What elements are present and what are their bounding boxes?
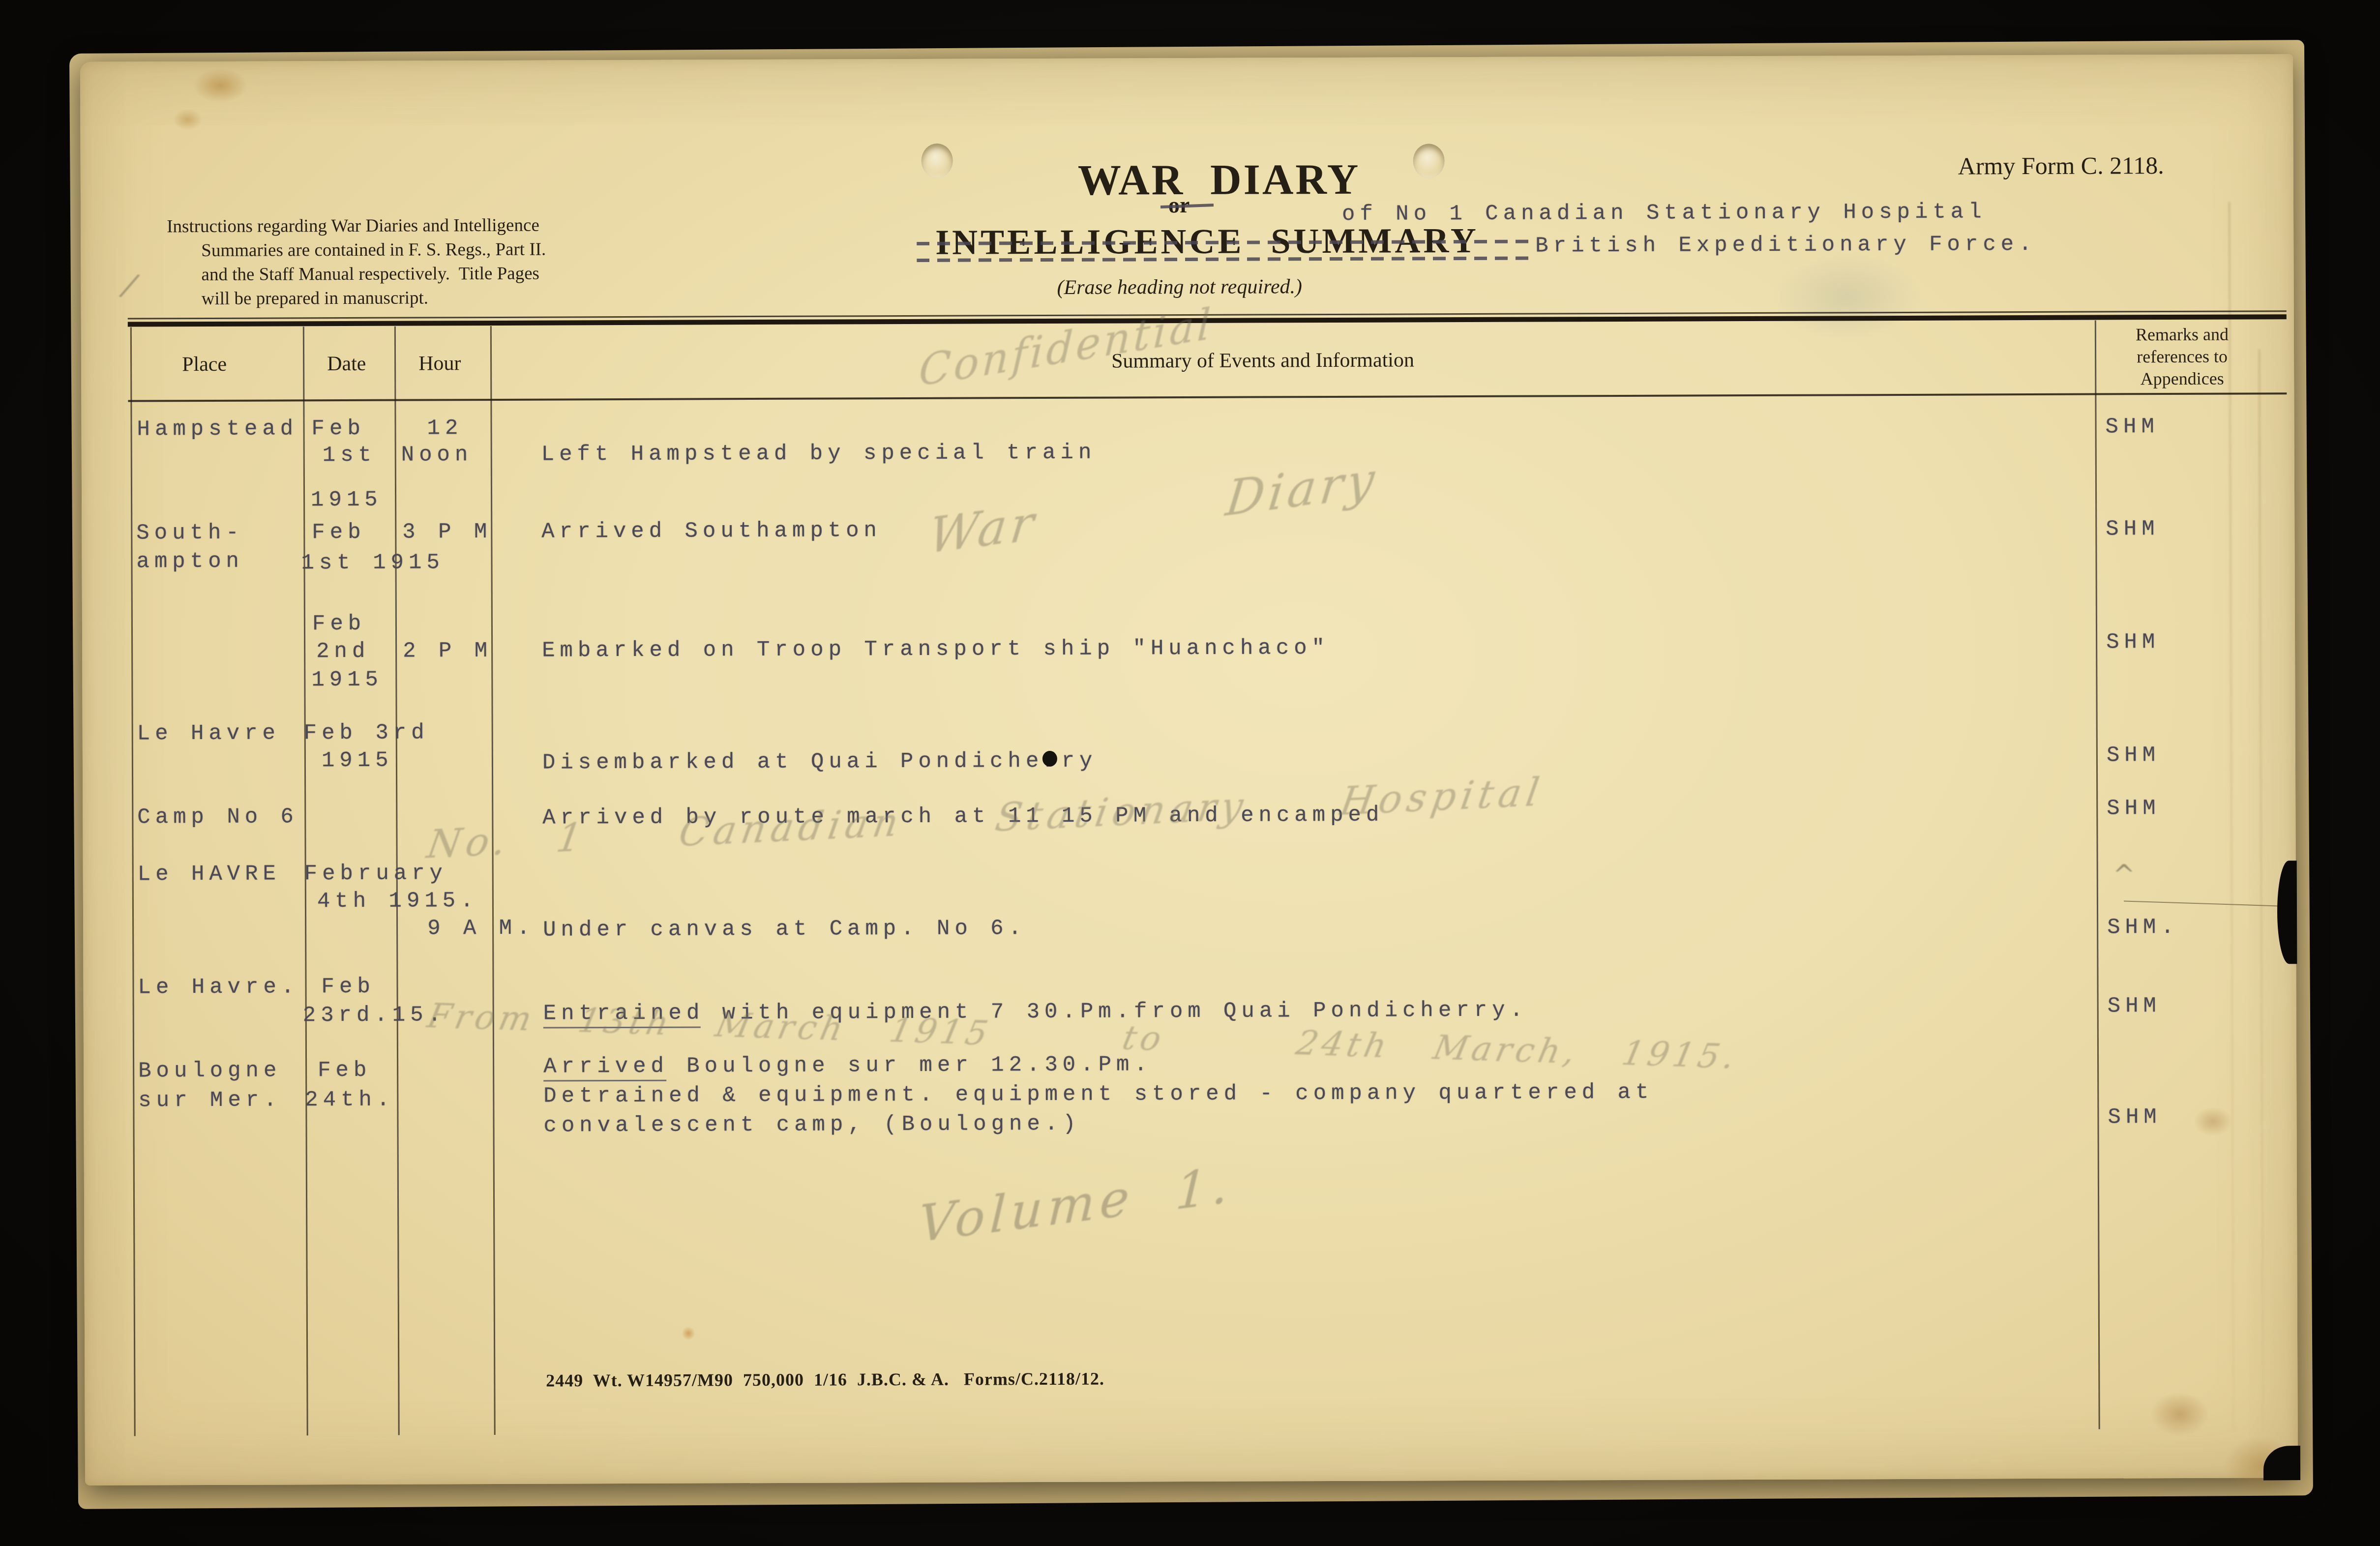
hour-text: 3 P M xyxy=(402,520,492,545)
date-text: 1915 xyxy=(322,748,393,773)
table-left-border xyxy=(130,327,136,1436)
instructions-line: Summaries are contained in F. S. Regs., … xyxy=(201,239,546,261)
column-line-summary-remarks xyxy=(2095,321,2100,1429)
column-header-remarks: references to xyxy=(2097,346,2267,367)
column-header-date: Date xyxy=(327,352,366,376)
torn-edge-notch xyxy=(2277,861,2297,964)
hour-text: 12 xyxy=(427,416,463,441)
unit-name-line2: British Expeditionary Force. xyxy=(1535,232,2036,259)
instructions-line: and the Staff Manual respectively. Title… xyxy=(201,263,539,285)
printer-imprint: 2449 Wt. W14957/M90 750,000 1/16 J.B.C. … xyxy=(546,1368,1104,1391)
hour-text: 9 A M. xyxy=(427,916,535,941)
instructions-line: will be prepared in manuscript. xyxy=(202,287,428,309)
erase-note: (Erase heading not required.) xyxy=(1057,275,1302,299)
date-text: 23rd.15. xyxy=(303,1003,446,1028)
punch-hole-left xyxy=(922,144,953,178)
pencil-note-war-diary: War Diary xyxy=(926,451,1381,565)
remarks-text: SHM xyxy=(2107,743,2160,768)
instructions-line: Instructions regarding War Diaries and I… xyxy=(167,215,539,238)
place-text: Boulogne xyxy=(138,1058,281,1083)
place-text: Le Havre xyxy=(137,721,280,746)
date-text: 2nd xyxy=(316,639,370,664)
date-text: Feb xyxy=(311,416,365,441)
pencil-tick: ^ xyxy=(2113,859,2135,890)
summary-text: convalescent camp, (Boulogne.) xyxy=(543,1112,1080,1138)
date-text: 24th. xyxy=(305,1088,394,1113)
pencil-note-unit: No. 1 Canadian Stationary Hospital xyxy=(424,770,1547,867)
date-text: Feb xyxy=(318,1058,371,1083)
column-header-hour: Hour xyxy=(418,352,461,375)
remarks-text: SHM. xyxy=(2107,915,2179,940)
paper-stain xyxy=(2193,1107,2232,1136)
place-text: Hampstead xyxy=(137,416,298,442)
scanned-document: Army Form C. 2118. WAR DIARY or INTELLIG… xyxy=(0,0,2380,1546)
column-header-place: Place xyxy=(182,353,227,376)
table-header-rule xyxy=(128,392,2287,402)
column-header-remarks: Remarks and xyxy=(2097,324,2267,345)
place-text: ampton xyxy=(136,549,244,574)
punch-hole-right xyxy=(1413,144,1445,178)
date-text: 1915 xyxy=(311,488,383,513)
paper-stain xyxy=(2150,1392,2209,1436)
summary-text: Detrained & equipment. equipment stored … xyxy=(543,1080,1653,1109)
summary-text: Arrived Boulogne sur mer 12.30.Pm. xyxy=(543,1052,1152,1079)
remarks-text: SHM xyxy=(2106,517,2159,541)
date-text: 4th 1915. xyxy=(317,889,478,914)
date-text: Feb xyxy=(312,612,366,636)
ink-blot xyxy=(1042,751,1057,767)
paper-stain xyxy=(173,109,202,130)
date-text: 1915 xyxy=(311,668,383,693)
date-text: Feb xyxy=(321,975,375,999)
column-line-hour-summary xyxy=(490,326,496,1435)
remarks-text: SHM xyxy=(2108,994,2161,1018)
war-diary-page: Army Form C. 2118. WAR DIARY or INTELLIG… xyxy=(80,54,2298,1486)
summary-text: Embarked on Troop Transport ship "Huanch… xyxy=(542,636,1330,663)
date-text: Feb xyxy=(312,520,365,545)
date-text: Feb 3rd xyxy=(304,720,429,745)
remarks-text: SHM xyxy=(2106,630,2160,654)
summary-text: Arrived Southampton xyxy=(541,518,882,544)
summary-text: Under canvas at Camp. No 6. xyxy=(543,916,1026,942)
unit-name-line1: of No 1 Canadian Stationary Hospital xyxy=(1342,200,1987,227)
army-form-number: Army Form C. 2118. xyxy=(1958,151,2164,180)
pencil-margin-mark: / xyxy=(120,267,139,304)
paper-stain xyxy=(682,1327,695,1340)
place-text: Le Havre. xyxy=(138,975,299,1000)
pencil-smudge xyxy=(1772,252,1920,341)
hour-text: 2 P M xyxy=(403,639,492,664)
hour-text: Noon xyxy=(401,443,473,468)
form-title: WAR DIARY xyxy=(1078,155,1361,206)
remarks-text: SHM xyxy=(2105,415,2159,439)
date-text: 1st xyxy=(323,443,376,468)
paper-stain xyxy=(193,68,247,103)
remarks-text: SHM xyxy=(2107,796,2160,821)
date-text: 1st 1915 xyxy=(301,550,444,575)
column-header-remarks: Appendices xyxy=(2097,368,2267,389)
pencil-note-volume: Volume 1. xyxy=(918,1156,1234,1254)
place-text: sur Mer. xyxy=(138,1088,281,1113)
pencil-note-confidential: Confidential xyxy=(918,298,1215,396)
place-text: Le HAVRE xyxy=(138,862,281,887)
remarks-text: SHM xyxy=(2108,1105,2161,1130)
place-text: Camp No 6 xyxy=(137,804,298,830)
typed-underline xyxy=(543,1080,666,1082)
summary-text: Disembarked at Quai Pondicherry xyxy=(542,749,1098,775)
place-text: South- xyxy=(136,521,244,546)
summary-text: Left Hampstead by special train xyxy=(541,441,1097,467)
paper-crease xyxy=(2259,349,2264,1431)
